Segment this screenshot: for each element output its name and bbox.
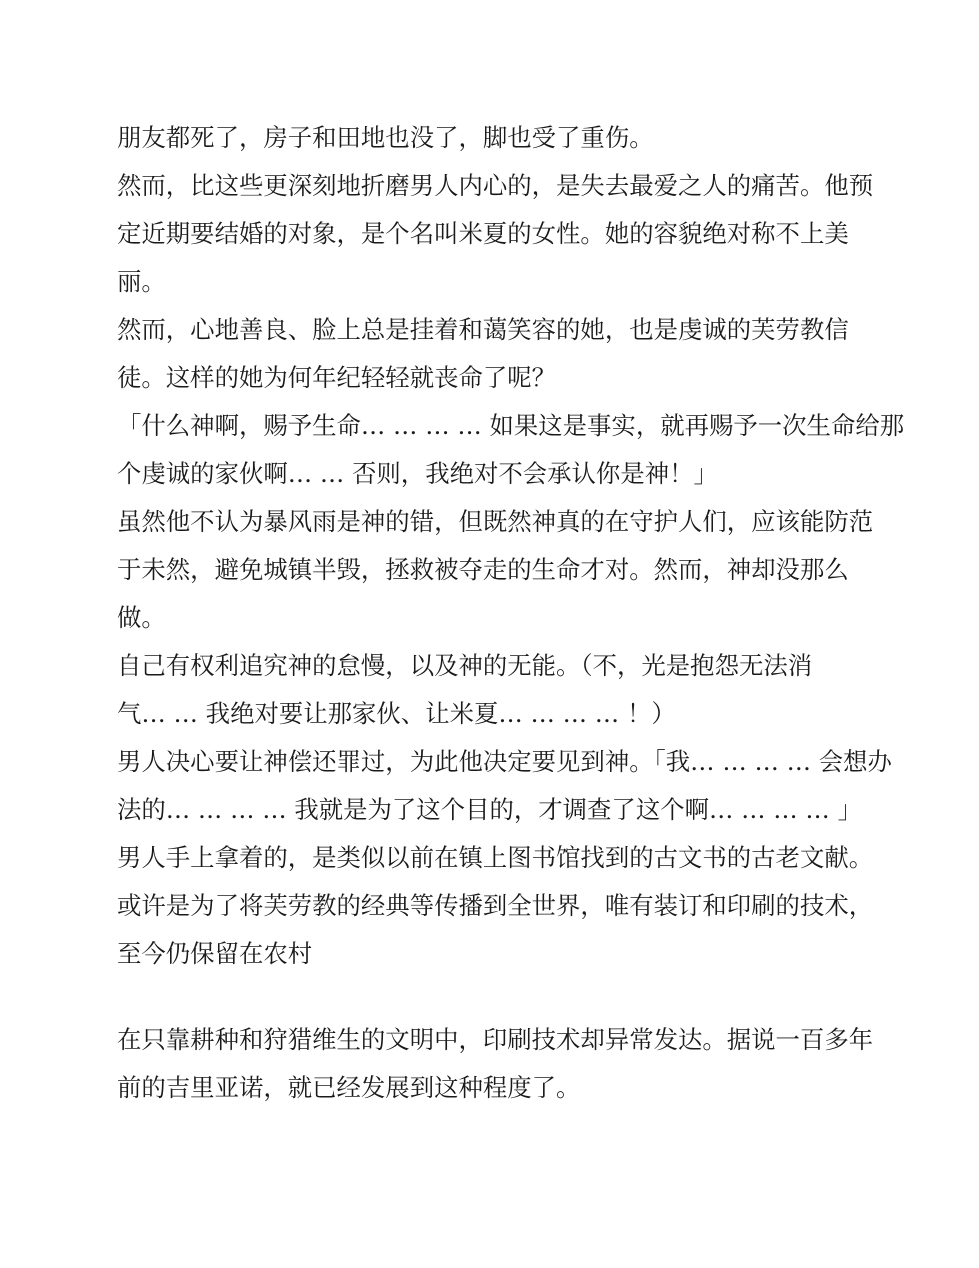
text-line: 然而，比这些更深刻地折磨男人内心的，是失去最爱之人的痛苦。他预 — [117, 162, 867, 210]
text-line: 「什么神啊，赐予生命… … … … 如果这是事实，就再赐予一次生命给那 — [117, 402, 867, 450]
text-line: 或许是为了将芙劳教的经典等传播到全世界，唯有装订和印刷的技术， — [117, 882, 867, 930]
text-line: 于未然，避免城镇半毁，拯救被夺走的生命才对。然而，神却没那么 — [117, 546, 867, 594]
text-line: 气… … 我绝对要让那家伙、让米夏… … … … ！） — [117, 690, 867, 738]
text-line: 做。 — [117, 594, 867, 642]
text-line: 法的… … … … 我就是为了这个目的，才调查了这个啊… … … … 」 — [117, 786, 867, 834]
text-line: 个虔诚的家伙啊… … 否则，我绝对不会承认你是神！」 — [117, 450, 867, 498]
text-line: 自己有权利追究神的怠慢，以及神的无能。（不，光是抱怨无法消 — [117, 642, 867, 690]
text-line: 然而，心地善良、脸上总是挂着和蔼笑容的她，也是虔诚的芙劳教信 — [117, 306, 867, 354]
text-line: 徒。这样的她为何年纪轻轻就丧命了呢？ — [117, 354, 867, 402]
text-line: 虽然他不认为暴风雨是神的错，但既然神真的在守护人们，应该能防范 — [117, 498, 867, 546]
text-line: 至今仍保留在农村 — [117, 930, 867, 978]
paragraph-spacer — [117, 978, 867, 1016]
text-line: 定近期要结婚的对象，是个名叫米夏的女性。她的容貌绝对称不上美 — [117, 210, 867, 258]
text-line: 丽。 — [117, 258, 867, 306]
text-line: 男人决心要让神偿还罪过，为此他决定要见到神。「我… … … … 会想办 — [117, 738, 867, 786]
text-line: 在只靠耕种和狩猎维生的文明中，印刷技术却异常发达。据说一百多年 — [117, 1016, 867, 1064]
document-page: 朋友都死了，房子和田地也没了，脚也受了重伤。 然而，比这些更深刻地折磨男人内心的… — [117, 114, 867, 1112]
text-line: 前的吉里亚诺，就已经发展到这种程度了。 — [117, 1064, 867, 1112]
text-block-1: 朋友都死了，房子和田地也没了，脚也受了重伤。 然而，比这些更深刻地折磨男人内心的… — [117, 114, 867, 978]
text-line: 男人手上拿着的，是类似以前在镇上图书馆找到的古文书的古老文献。 — [117, 834, 867, 882]
text-block-2: 在只靠耕种和狩猎维生的文明中，印刷技术却异常发达。据说一百多年 前的吉里亚诺，就… — [117, 1016, 867, 1112]
text-line: 朋友都死了，房子和田地也没了，脚也受了重伤。 — [117, 114, 867, 162]
